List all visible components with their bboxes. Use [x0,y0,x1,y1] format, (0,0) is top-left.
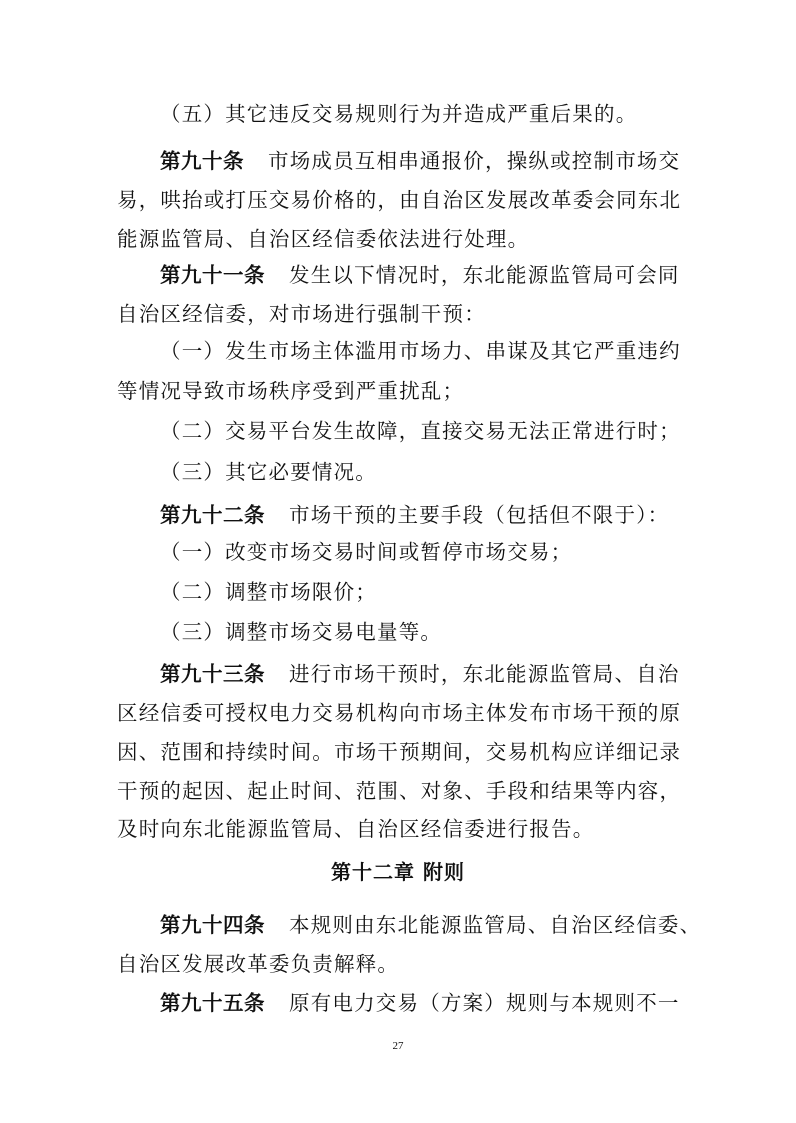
article-94-title: 第九十四条 [160,913,265,937]
article-93-line-4: 干预的起因、起止时间、范围、对象、手段和结果等内容， [117,777,675,805]
article-94-text: 本规则由东北能源监管局、自治区经信委、 [289,913,701,937]
item-92-1: （一）改变市场交易时间或暂停市场交易； [160,538,572,566]
item-92-3: （三）调整市场交易电量等。 [160,618,442,646]
article-93-title: 第九十三条 [160,662,265,686]
item-91-2: （二）交易平台发生故障，直接交易无法正常进行时； [160,417,681,445]
article-94-line-1: 第九十四条本规则由东北能源监管局、自治区经信委、 [160,911,675,939]
document-page: （五）其它违反交易规则行为并造成严重后果的。 第九十条市场成员互相串通报价，操纵… [0,0,796,1123]
article-90-text: 市场成员互相串通报价，操纵或控制市场交 [268,149,680,173]
article-93-line-5: 及时向东北能源监管局、自治区经信委进行报告。 [117,815,594,843]
article-93-line-3: 因、范围和持续时间。市场干预期间，交易机构应详细记录 [117,738,675,766]
page-number: 27 [0,1040,796,1052]
article-90-title: 第九十条 [160,149,244,173]
article-92-text: 市场干预的主要手段（包括但不限于）： [289,503,669,527]
article-95-title: 第九十五条 [160,991,265,1015]
article-93-text: 进行市场干预时，东北能源监管局、自治 [289,662,680,686]
article-90-line-2: 易，哄抬或打压交易价格的，由自治区发展改革委会同东北 [117,186,675,214]
item-91-1-line-1: （一）发生市场主体滥用市场力、串谋及其它严重违约 [160,337,675,365]
article-95-text: 原有电力交易（方案）规则与本规则不一 [289,991,680,1015]
article-95-line-1: 第九十五条原有电力交易（方案）规则与本规则不一 [160,989,675,1017]
item-91-3: （三）其它必要情况。 [160,458,377,486]
article-92-title: 第九十二条 [160,503,265,527]
article-90-line-1: 第九十条市场成员互相串通报价，操纵或控制市场交 [160,147,675,175]
item-92-2: （二）调整市场限价； [160,578,377,606]
article-92-line-1: 第九十二条市场干预的主要手段（包括但不限于）： [160,501,669,529]
article-90-line-3: 能源监管局、自治区经信委依法进行处理。 [117,225,529,253]
article-91-title: 第九十一条 [160,263,265,287]
article-91-line-2: 自治区经信委，对市场进行强制干预： [117,300,486,328]
item-91-1-line-2: 等情况导致市场秩序受到严重扰乱； [117,377,464,405]
article-93-line-2: 区经信委可授权电力交易机构向市场主体发布市场干预的原 [117,699,675,727]
article-94-line-2: 自治区发展改革委负责解释。 [117,950,399,978]
article-91-text: 发生以下情况时，东北能源监管局可会同 [289,263,680,287]
article-93-line-1: 第九十三条进行市场干预时，东北能源监管局、自治 [160,660,675,688]
chapter-heading: 第十二章 附则 [0,858,796,886]
article-91-line-1: 第九十一条发生以下情况时，东北能源监管局可会同 [160,261,675,289]
item-5: （五）其它违反交易规则行为并造成严重后果的。 [160,100,637,128]
